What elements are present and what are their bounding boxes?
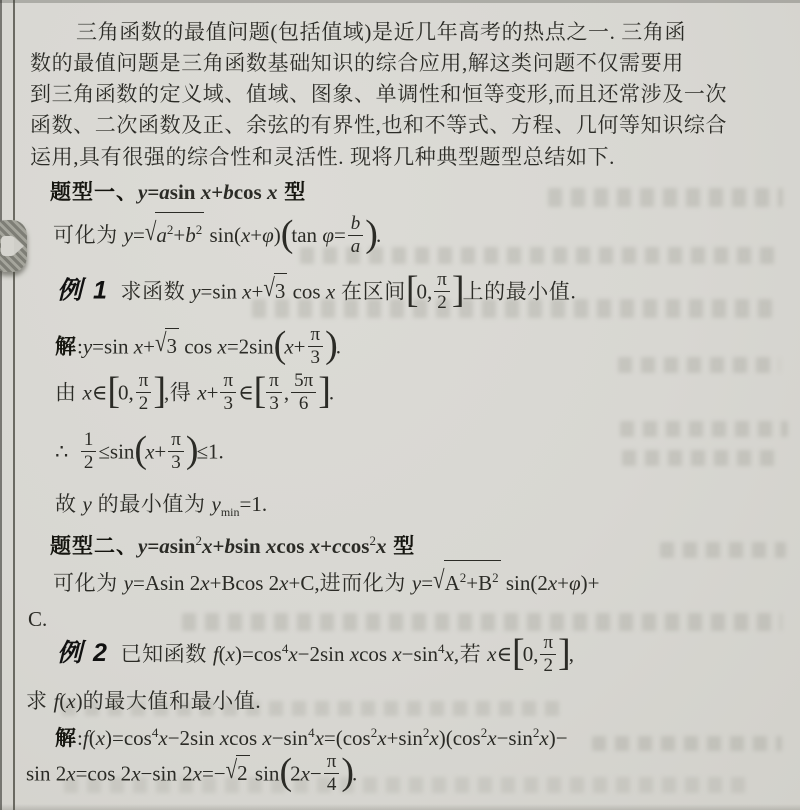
- fraction: π2: [136, 371, 152, 414]
- bleedthrough-artifact: [618, 357, 780, 373]
- fraction: π3: [220, 371, 236, 414]
- type2-formula-line: 可化为 y=Asin 2x+Bcos 2x+C,进而化为 y=√A2+B2 si…: [53, 560, 599, 598]
- radical: √a2+b2: [145, 212, 204, 250]
- fraction: 5π6: [291, 371, 316, 414]
- paragraph-line-1: 三角函数的最值问题(包括值域)是近几年高考的热点之一. 三角函: [76, 17, 686, 47]
- example2-problem: 例 2 已知函数 f(x)=cos4x−2sin xcos x−sin4x,若 …: [57, 634, 574, 678]
- paragraph-line-2: 数的最值问题是三角函数基础知识的综合应用,解这类问题不仅需要用: [30, 48, 684, 78]
- binder-ring-hole: [1, 236, 15, 256]
- radical: √3: [155, 328, 179, 361]
- fraction: π4: [324, 752, 340, 795]
- example1-conclusion: 故 y 的最小值为 ymin=1.: [55, 489, 267, 527]
- bleedthrough-artifact: [548, 188, 783, 207]
- type2-formula-continuation: C.: [28, 604, 47, 634]
- example1-step-bound: ∴ 12≤sin(x+π3)≤1.: [55, 432, 224, 475]
- type1-formula-line: 可化为 y=√a2+b2 sin(x+φ)(tan φ=ba).: [53, 212, 381, 259]
- bleedthrough-artifact: [182, 613, 782, 631]
- textbook-page: 三角函数的最值问题(包括值域)是近几年高考的热点之一. 三角函数的最值问题是三角…: [0, 0, 800, 810]
- section-heading-type2: 题型二、y=asin2x+bsin xcos x+ccos2x 型: [50, 526, 415, 562]
- example2-solution: 解:f(x)=cos4x−2sin xcos x−sin4x=(cos2x+si…: [55, 718, 568, 754]
- fraction: π2: [434, 270, 450, 313]
- example1-problem: 例 1 求函数 y=sin x+√3 cos x 在区间[0,π2]上的最小值.: [57, 272, 576, 315]
- binder-ring-icon: [0, 220, 31, 278]
- fraction: ba: [348, 214, 364, 257]
- bleedthrough-artifact: [592, 736, 782, 751]
- fraction: π3: [266, 371, 282, 414]
- example2-problem-continuation: 求 f(x)的最大值和最小值.: [26, 686, 261, 716]
- fraction: π2: [540, 633, 556, 676]
- bleedthrough-artifact: [622, 450, 780, 466]
- section-heading-type1: 题型一、y=asin x+bcos x 型: [50, 177, 306, 208]
- bleedthrough-artifact: [620, 421, 788, 437]
- paragraph-line-4: 函数、二次函数及正、余弦的有界性,也和不等式、方程、几何等知识综合: [30, 110, 727, 140]
- paragraph-line-5: 运用,具有很强的综合性和灵活性. 现将几种典型题型总结如下.: [30, 142, 615, 172]
- binder-ring-notch: [14, 237, 24, 255]
- bleedthrough-artifact: [660, 542, 786, 558]
- paragraph-line-3: 到三角函数的定义域、值域、图象、单调性和恒等变形,而且还常涉及一次: [30, 79, 727, 109]
- radical: √A2+B2: [433, 560, 501, 598]
- example1-step-domain: 由 x∈[0,π2],得 x+π3∈[π3,5π6].: [55, 373, 334, 416]
- radical: √2: [226, 755, 250, 788]
- fraction: 12: [81, 430, 97, 473]
- example1-solution: 解:y=sin x+√3 cos x=2sin(x+π3).: [55, 327, 341, 370]
- scan-edge: [0, 0, 2, 810]
- page-margin-line: [13, 0, 15, 810]
- fraction: π3: [308, 325, 324, 368]
- example2-solution-continuation: sin 2x=cos 2x−sin 2x=−√2 sin(2x−π4).: [26, 754, 357, 797]
- fraction: π3: [168, 430, 184, 473]
- radical: √3: [263, 273, 287, 306]
